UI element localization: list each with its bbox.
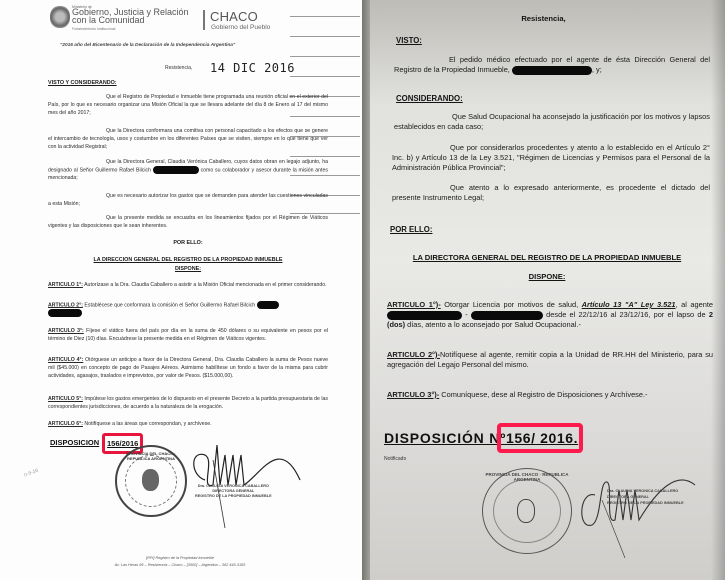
signatory-office: REGISTRO DE LA PROPIEDAD INMUEBLE xyxy=(607,500,684,506)
visto-heading: VISTO: xyxy=(396,36,422,45)
redaction-bar xyxy=(153,166,199,174)
signature-block: Dra. CLAUDIA VERONICA CABALLERO DIRECTOR… xyxy=(195,484,272,499)
article-4-text: Otórguese un anticipo a favor de la Dire… xyxy=(48,357,328,379)
article-3-text: Comuníquese, dese al Registro de Disposi… xyxy=(439,390,647,399)
por-ello-heading: POR ELLO: xyxy=(48,240,328,246)
dispone-heading: DISPONE: xyxy=(382,272,712,281)
considerando-4: Que es necesario autorizar los gastos qu… xyxy=(48,192,328,208)
redaction-bar xyxy=(257,301,279,309)
margin-note: n-5-16 xyxy=(23,468,39,479)
considerando-2: Que por considerarlos procedentes y aten… xyxy=(392,143,710,173)
redaction-bar xyxy=(512,66,592,75)
ministry-subtitle: Fortalecimiento Institucional xyxy=(72,27,115,31)
article-4-label: ARTICULO 4°: xyxy=(48,357,83,363)
article-5: ARTICULO 5°: Impútese los gastos emergen… xyxy=(48,395,328,411)
seal-emblem-icon xyxy=(142,469,159,491)
seal-emblem-icon xyxy=(517,499,535,523)
letterhead-divider xyxy=(203,10,205,30)
province-shield-icon xyxy=(50,6,70,28)
article-1: ARTICULO 1°)- Otorgar Licencia por motiv… xyxy=(387,300,713,330)
disposicion-number-highlighted: 156/ 2016. xyxy=(506,430,578,446)
disposicion-label: DISPOSICIÓN Nº xyxy=(384,430,506,446)
redaction-bar xyxy=(387,311,462,320)
considerando-heading: CONSIDERANDO: xyxy=(396,94,463,103)
considerando-5: Que la presente medida se encuadra en lo… xyxy=(48,214,328,230)
article-6-label: ARTICULO 6°: xyxy=(48,421,83,427)
visto-heading: VISTO Y CONSIDERANDO: xyxy=(48,80,117,86)
redaction-bar xyxy=(48,309,82,317)
signature-block: Dra. CLAUDIA VERONICA CABALLERO DIRECTOR… xyxy=(607,488,684,506)
article-5-label: ARTICULO 5°: xyxy=(48,396,83,402)
por-ello-heading: POR ELLO: xyxy=(390,225,432,234)
signature-icon xyxy=(577,470,697,560)
seal-text: PROVINCIA DEL CHACO · REPUBLICA ARGENTIN… xyxy=(117,447,185,461)
chaco-tagline: Gobierno del Pueblo xyxy=(211,24,270,31)
footer-line-1: [RPI] Registro de la Propiedad Inmueble xyxy=(0,556,360,560)
date-stamp: 14 DIC 2016 xyxy=(210,61,295,75)
considerando-3: Que la Directora General, Claudia Veróni… xyxy=(48,158,328,182)
ruled-line xyxy=(290,56,360,57)
article-2-label: ARTICULO 2°)- xyxy=(387,350,440,359)
article-2-label: ARTICULO 2°: xyxy=(48,302,83,308)
article-1-law-reference: Artículo 13 "A" Ley 3.521 xyxy=(582,300,676,309)
article-6-text: Notifíquese a las áreas que correspondan… xyxy=(84,421,211,427)
article-1-text: Otorgar Licencia por motivos de salud, xyxy=(441,300,582,309)
place-label: Resistencia, xyxy=(362,14,725,23)
article-1-text-dates: desde el 22/12/16 al 23/12/16, por el la… xyxy=(543,310,709,319)
notificado-label: Notificado xyxy=(384,456,406,462)
redaction-bar xyxy=(471,311,543,320)
right-document: Resistencia, VISTO: El pedido médico efe… xyxy=(362,0,725,580)
ruled-line xyxy=(290,36,360,37)
official-seal: PROVINCIA DEL CHACO · REPUBLICA ARGENTIN… xyxy=(482,468,572,554)
article-3: ARTICULO 3°: Fíjese el viático fuera del… xyxy=(48,327,328,343)
article-1: ARTICULO 1°: Autorízase a la Dra. Claudi… xyxy=(48,281,328,289)
authority-heading: LA DIRECCION GENERAL DEL REGISTRO DE LA … xyxy=(48,257,328,263)
visto-text-end: , y; xyxy=(592,65,602,74)
article-5-text: Impútese los gastos emergentes de lo dis… xyxy=(48,396,328,410)
place-label: Resistencia, xyxy=(165,65,192,71)
chaco-logo-text: CHACO xyxy=(210,9,258,24)
article-3-text: Fíjese el viático fuera del país por día… xyxy=(48,328,328,342)
authority-heading: LA DIRECTORA GENERAL DEL REGISTRO DE LA … xyxy=(382,253,712,262)
ministry-name: Gobierno, Justicia y Relación con la Com… xyxy=(72,8,189,24)
article-1-text: Autorízase a la Dra. Claudia Caballero a… xyxy=(84,282,327,288)
seal-text: PROVINCIA DEL CHACO · REPUBLICA ARGENTIN… xyxy=(483,472,571,482)
article-3-label: ARTICULO 3°: xyxy=(48,328,84,334)
article-3-label: ARTICULO 3°)- xyxy=(387,390,439,399)
article-1-label: ARTICULO 1°)- xyxy=(387,300,441,309)
dispone-heading: DISPONE: xyxy=(48,266,328,272)
official-seal: PROVINCIA DEL CHACO · REPUBLICA ARGENTIN… xyxy=(115,445,187,517)
considerando-1: Que el Registro de Propiedad e Inmueble … xyxy=(48,93,328,117)
article-2-text: Establécese que conformara la comisión e… xyxy=(84,302,255,308)
ruled-line xyxy=(290,76,360,77)
article-1-text-agent: , al agente xyxy=(676,300,713,309)
article-2: ARTICULO 2°: Establécese que conformara … xyxy=(48,301,328,318)
considerando-2: Que la Directora conformara una comitiva… xyxy=(48,127,328,151)
article-1-text-end: días, atento a lo aconsejado por Salud O… xyxy=(405,320,581,329)
article-6: ARTICULO 6°: Notifíquese a las áreas que… xyxy=(48,420,328,428)
article-3: ARTICULO 3°)- Comuníquese, dese al Regis… xyxy=(387,390,713,400)
considerando-3: Que atento a lo expresado anteriormente,… xyxy=(392,183,710,203)
left-document: Ministerio de Gobierno, Justicia y Relac… xyxy=(0,0,360,580)
year-motto: "2016 año del Bicentenario de la Declara… xyxy=(60,43,235,48)
considerando-1: Que Salud Ocupacional ha aconsejado la j… xyxy=(394,112,710,132)
article-4: ARTICULO 4°: Otórguese un anticipo a fav… xyxy=(48,356,328,380)
footer-line-2: Av. Las Heras 95 – Resistencia – Chaco –… xyxy=(0,563,360,567)
ministry-line-2: con la Comunidad xyxy=(72,16,189,24)
disposicion-label: DISPOSICION xyxy=(50,438,99,447)
visto-text: El pedido médico efectuado por el agente… xyxy=(394,55,710,75)
ruled-line xyxy=(290,16,360,17)
article-2: ARTICULO 2°)-Notifíquese al agente, remi… xyxy=(387,350,713,370)
ruled-line xyxy=(290,156,360,157)
signatory-office: REGISTRO DE LA PROPIEDAD INMUEBLE xyxy=(195,494,272,499)
article-1-label: ARTICULO 1°: xyxy=(48,282,83,288)
